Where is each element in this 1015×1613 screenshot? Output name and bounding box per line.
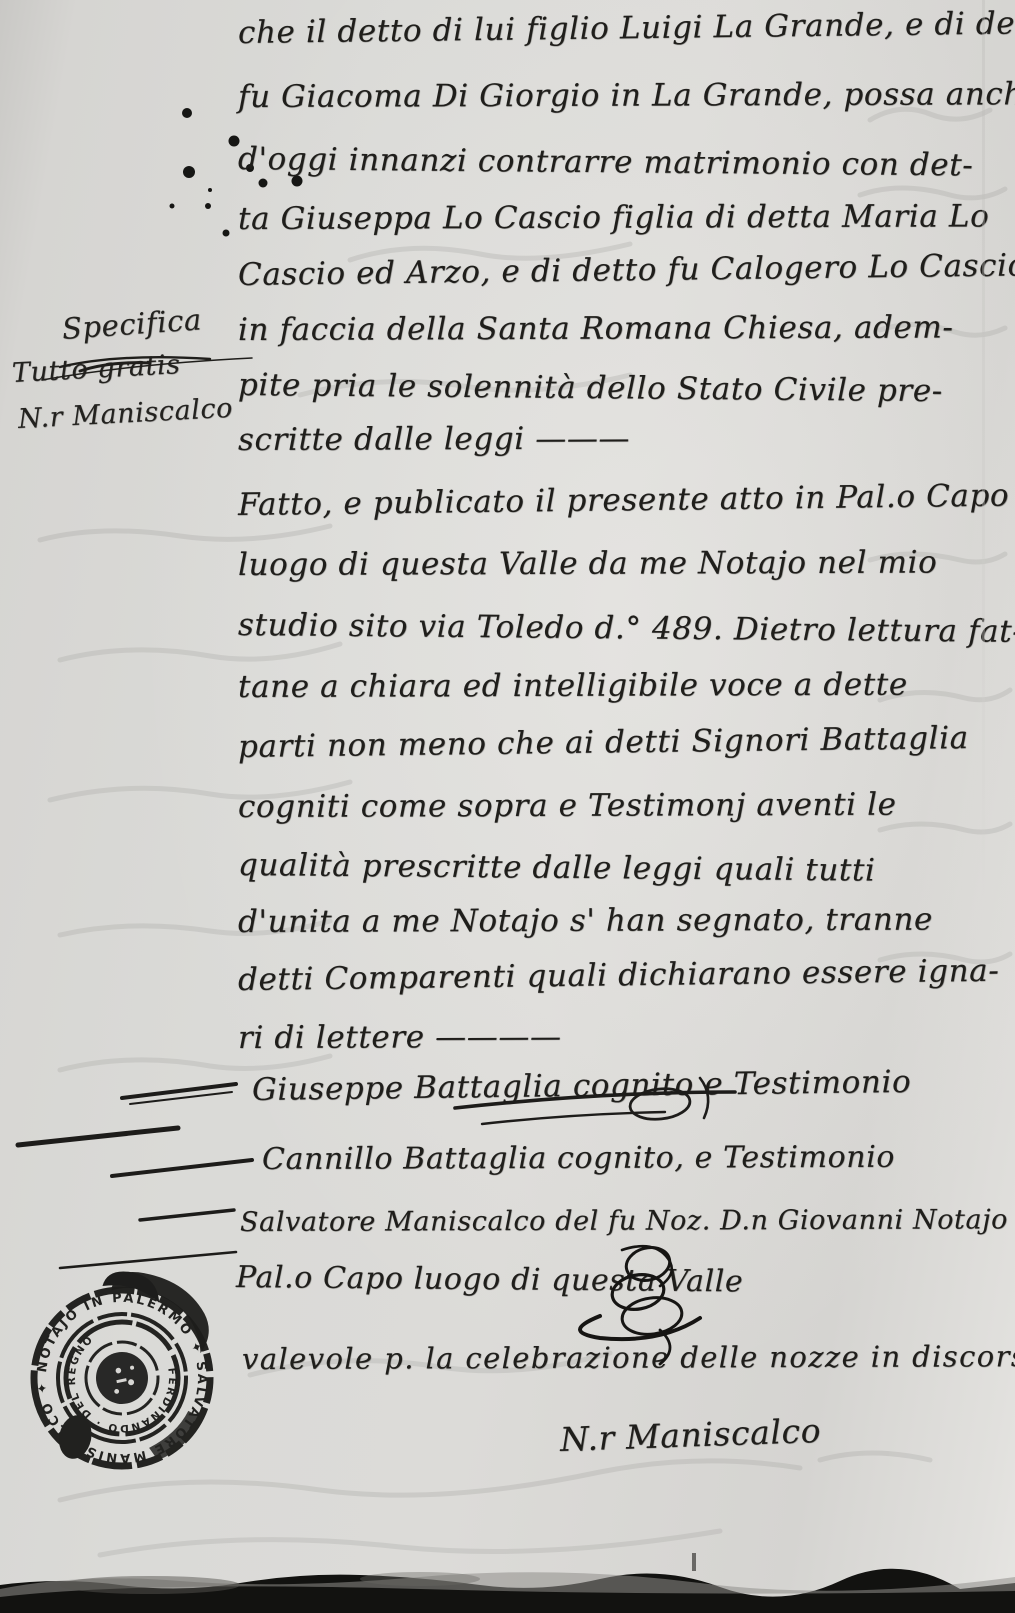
body-line: studio sito via Toledo d.° 489. Dietro l… [238, 607, 1015, 650]
notary-final-signature: N.r Maniscalco [559, 1411, 821, 1459]
body-line: detti Comparenti quali dichiarano essere… [238, 953, 1000, 998]
margin-note-tutto-gratis: Tutto gratis [11, 349, 181, 389]
margin-note-specifica: Specifica [61, 302, 203, 346]
notary-stamp: SALVATORE MANISCALCO ✦ NOTAJO IN PALERMO… [0, 1248, 252, 1509]
signature-notary-line-2: Pal.o Capo luogo di questa Valle [236, 1260, 744, 1299]
signature-witness-1: Giuseppe Battaglia cognito e Testimonio [252, 1064, 912, 1108]
body-line: Fatto, e publicato il presente atto in P… [238, 478, 1010, 523]
torn-bottom-edge [0, 1533, 1015, 1613]
margin-note-notary: N.r Maniscalco [17, 393, 234, 435]
body-line: parti non meno che ai detti Signori Batt… [238, 720, 969, 765]
body-line: tane a chiara ed intelligibile voce a de… [238, 667, 908, 705]
body-line: qualità prescritte dalle leggi quali tut… [238, 847, 876, 889]
body-line: cogniti come sopra e Testimonj aventi le [238, 787, 897, 825]
body-line: pite pria le solennità dello Stato Civil… [238, 367, 943, 409]
stamp-ring-text: SALVATORE MANISCALCO ✦ NOTAJO IN PALERMO… [19, 1275, 226, 1482]
closing-line: valevole p. la celebrazione delle nozze … [242, 1339, 1015, 1376]
body-line: luogo di questa Valle da me Notajo nel m… [238, 545, 937, 583]
body-line: ta Giuseppa Lo Cascio figlia di detta Ma… [238, 198, 989, 237]
body-line: fu Giacoma Di Giorgio in La Grande, poss… [238, 76, 1015, 115]
body-line: in faccia della Santa Romana Chiesa, ade… [238, 310, 954, 348]
stamp-inner-text: FERDINANDO · DEL REGNO [57, 1316, 189, 1444]
body-line: Cascio ed Arzo, e di detto fu Calogero L… [238, 246, 1015, 293]
body-line: d'unita a me Notajo s' han segnato, tran… [238, 902, 933, 940]
body-line: ri di lettere ———— [238, 1019, 562, 1056]
signature-witness-2: Cannillo Battaglia cognito, e Testimonio [262, 1140, 895, 1177]
body-line: scritte dalle leggi ——— [238, 421, 630, 458]
svg-text:FERDINANDO · DEL REGNO: FERDINANDO · DEL REGNO [57, 1316, 189, 1444]
scanned-notarial-document: Specifica Tutto gratis N.r Maniscalco ch… [0, 0, 1015, 1613]
body-line: che il detto di lui figlio Luigi La Gran… [238, 5, 1015, 51]
body-line: d'oggi innanzi contrarre matrimonio con … [238, 141, 974, 183]
svg-text:SALVATORE MANISCALCO ✦ NOTAJO: SALVATORE MANISCALCO ✦ NOTAJO IN PALERMO… [19, 1275, 226, 1482]
signature-notary-line-1: Salvatore Maniscalco del fu Noz. D.n Gio… [240, 1204, 1015, 1238]
